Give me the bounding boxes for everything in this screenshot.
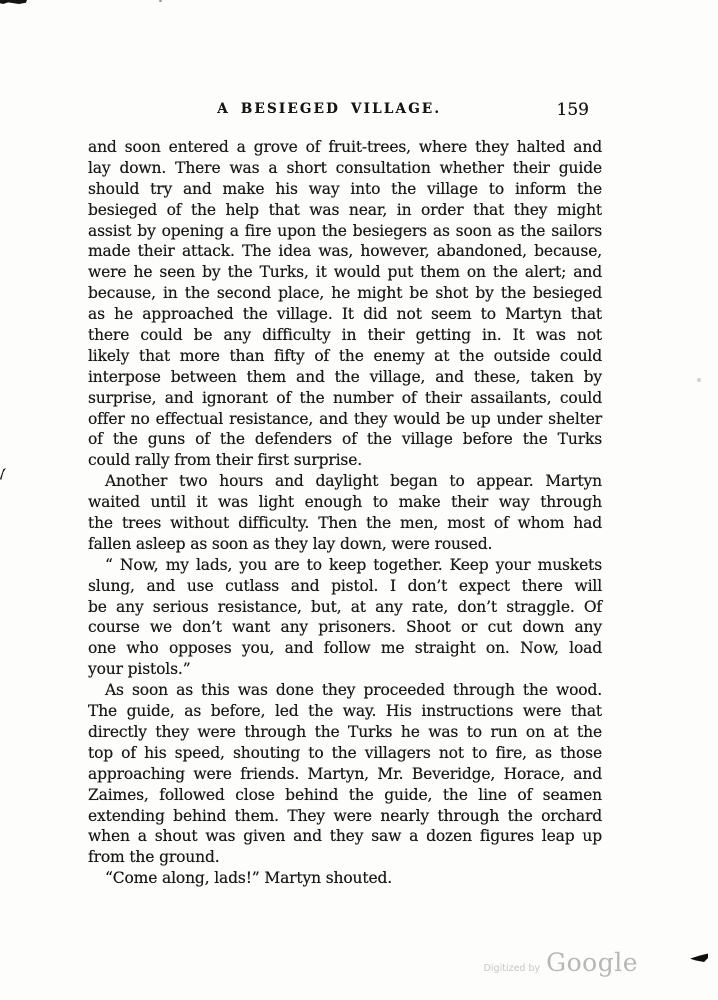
text-line: directly they were through the Turks he …: [88, 722, 602, 743]
watermark: Digitized by Google: [484, 948, 638, 977]
google-logo: Google: [546, 948, 638, 977]
text-line: were he seen by the Turks, it would put …: [88, 262, 602, 283]
text-line: “Come along, lads!” Martyn shouted.: [88, 868, 602, 889]
text-line: course we don’t want any prisoners. Shoo…: [88, 617, 602, 638]
text-line: the trees without difficulty. Then the m…: [88, 513, 602, 534]
text-line: as he approached the village. It did not…: [88, 304, 602, 325]
text-line: one who opposes you, and follow me strai…: [88, 638, 602, 659]
text-line: because, in the second place, he might b…: [88, 283, 602, 304]
digitized-by-label: Digitized by: [484, 963, 541, 974]
text-line: when a shout was given and they saw a do…: [88, 826, 602, 847]
text-line: assist by opening a fire upon the besieg…: [88, 221, 602, 242]
page-number: 159: [557, 100, 589, 120]
scan-artifact-ink-dash: [690, 953, 708, 962]
text-line: Another two hours and daylight began to …: [88, 471, 602, 492]
scan-artifact-dot: [697, 378, 701, 382]
text-line: could rally from their first surprise.: [88, 450, 602, 471]
text-line: and soon entered a grove of fruit-trees,…: [88, 137, 602, 158]
text-line: top of his speed, shouting to the villag…: [88, 743, 602, 764]
text-line: As soon as this was done they proceeded …: [88, 680, 602, 701]
text-line: waited until it was light enough to make…: [88, 492, 602, 513]
page-header: A BESIEGED VILLAGE. 159: [88, 100, 602, 122]
text-line: your pistols.”: [88, 659, 602, 680]
text-line: besieged of the help that was near, in o…: [88, 200, 602, 221]
running-title: A BESIEGED VILLAGE.: [217, 101, 441, 117]
text-line: offer no effectual resistance, and they …: [88, 409, 602, 430]
scan-artifact-top-smudge: [0, 0, 27, 4]
text-line: be any serious resistance, but, at any r…: [88, 597, 602, 618]
text-line: interpose between them and the village, …: [88, 367, 602, 388]
text-line: surprise, and ignorant of the number of …: [88, 388, 602, 409]
text-line: made their attack. The idea was, however…: [88, 241, 602, 262]
text-line: “ Now, my lads, you are to keep together…: [88, 555, 602, 576]
scan-artifact-margin-tick: [0, 468, 6, 480]
text-line: Zaimes, followed close behind the guide,…: [88, 785, 602, 806]
text-line: likely that more than fifty of the enemy…: [88, 346, 602, 367]
text-block: and soon entered a grove of fruit-trees,…: [88, 137, 602, 889]
scan-artifact-speck: [159, 0, 162, 2]
text-line: fallen asleep as soon as they lay down, …: [88, 534, 602, 555]
text-line: The guide, as before, led the way. His i…: [88, 701, 602, 722]
text-line: there could be any difficulty in their g…: [88, 325, 602, 346]
text-line: from the ground.: [88, 847, 602, 868]
text-line: of the guns of the defenders of the vill…: [88, 429, 602, 450]
text-line: approaching were friends. Martyn, Mr. Be…: [88, 764, 602, 785]
text-line: should try and make his way into the vil…: [88, 179, 602, 200]
text-line: lay down. There was a short consultation…: [88, 158, 602, 179]
text-line: extending behind them. They were nearly …: [88, 806, 602, 827]
text-line: slung, and use cutlass and pistol. I don…: [88, 576, 602, 597]
scanned-book-page: A BESIEGED VILLAGE. 159 and soon entered…: [0, 0, 718, 1000]
